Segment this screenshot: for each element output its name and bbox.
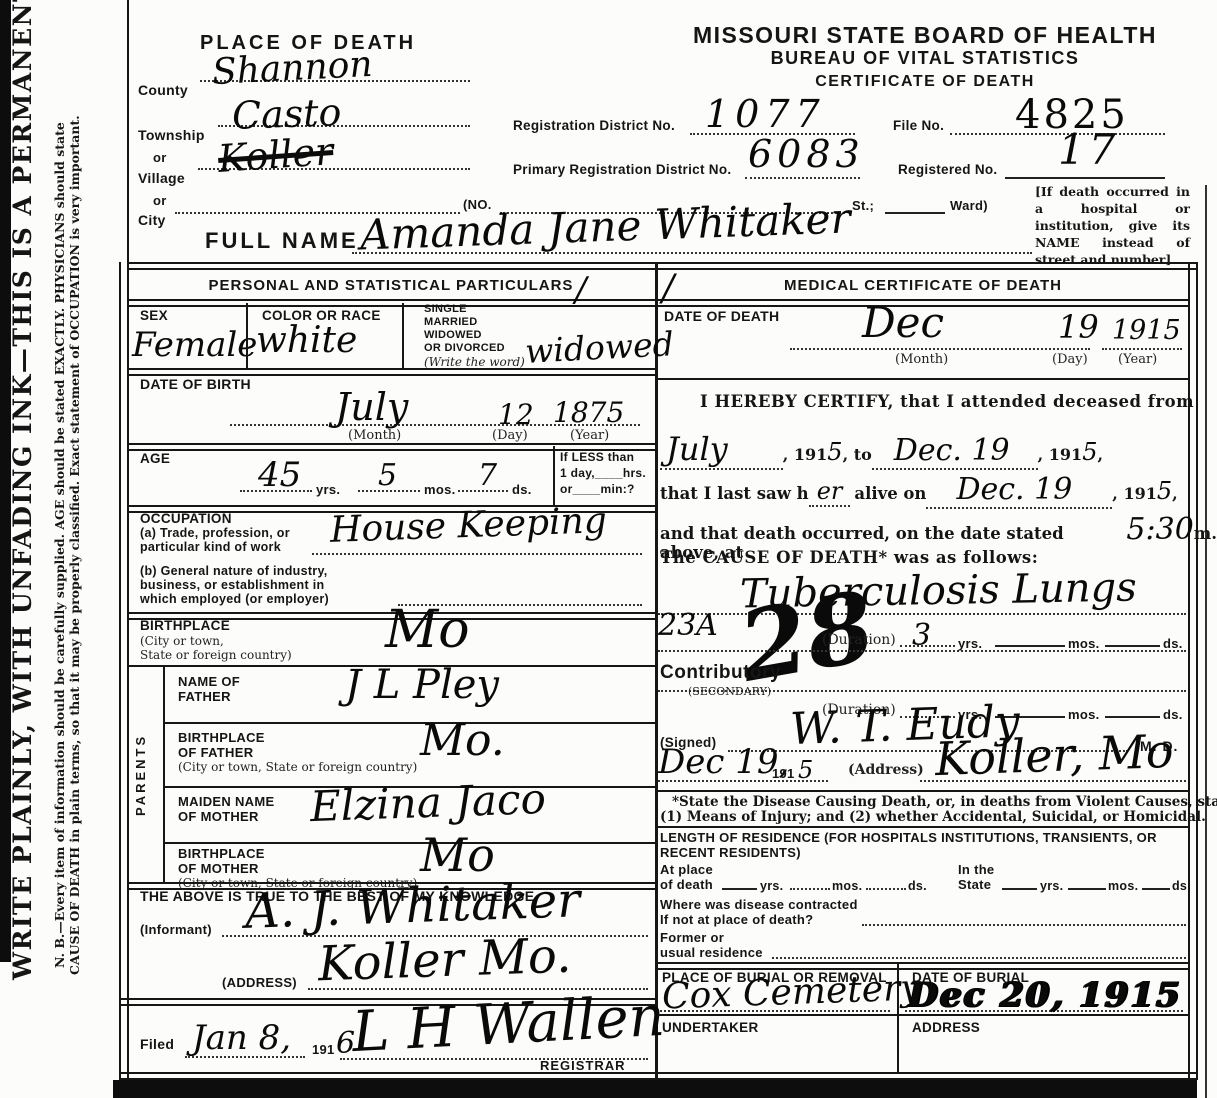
her-hw: er: [809, 477, 851, 507]
father-birthplace-caption: (City or town, State or foreign country): [178, 760, 417, 774]
age-ifless-divider: [553, 446, 555, 506]
dod-day-caption: (Day): [1052, 352, 1088, 367]
death-certificate-scan: WRITE PLAINLY, WITH UNFADING INK—THIS IS…: [0, 0, 1217, 1098]
occupation-b-line2: business, or establishment in: [140, 578, 324, 592]
year-printed-3: , 191: [1112, 484, 1157, 503]
mother-birthplace-label1: BIRTHPLACE: [178, 846, 265, 861]
residence-bottom-rule: [658, 962, 1188, 970]
age-days-value: 7: [478, 458, 497, 493]
informant-address-label: (ADDRESS): [222, 975, 297, 990]
duration1-label: (Duration): [822, 632, 896, 648]
age-days-unit: ds.: [512, 482, 532, 497]
file-no-label: File No.: [893, 118, 944, 133]
registered-no-line: [1005, 177, 1165, 179]
comma-1: ,: [1097, 445, 1103, 464]
informant-address-value: Koller Mo.: [317, 928, 572, 993]
registrar-label: REGISTRAR: [540, 1058, 626, 1073]
cause-code-small: 23A: [658, 608, 718, 643]
former-line: [772, 957, 1186, 959]
margin-note-line1: N. B.—Every item of information should b…: [52, 20, 67, 1070]
ward-label: Ward): [950, 198, 988, 213]
m-label: m.: [1194, 524, 1217, 543]
age-years-unit: yrs.: [316, 482, 340, 497]
race-value: white: [256, 320, 357, 361]
stray-checkmark: /: [575, 270, 586, 310]
duration1-mos-line: [995, 645, 1065, 647]
mother-birthplace-label2: OF MOTHER: [178, 861, 259, 876]
age-label: AGE: [140, 451, 170, 466]
in-state-label2: State: [958, 877, 991, 892]
atplace-mos-unit: mos.: [832, 879, 862, 893]
duration2-ds-line: [1105, 716, 1160, 718]
year-hw-1: 5: [827, 438, 842, 466]
margin-warning-text: WRITE PLAINLY, WITH UNFADING INK—THIS IS…: [8, 100, 37, 980]
birthplace-value: Mo: [385, 600, 470, 660]
informant-label: (Informant): [140, 922, 212, 937]
dod-month-value: Dec: [862, 298, 944, 347]
if-less-line1: If LESS than: [560, 450, 634, 464]
certify-line1: I HEREBY CERTIFY, that I attended deceas…: [700, 392, 1194, 411]
instate-ds-unit: ds.: [1172, 879, 1191, 893]
instate-ds-line: [1142, 888, 1170, 890]
father-name-rule: [163, 722, 655, 724]
father-birthplace-label2: OF FATHER: [178, 745, 253, 760]
dod-year-value: 1915: [1112, 315, 1181, 346]
parents-inner-divider: [163, 665, 165, 882]
dod-line: [790, 348, 1090, 350]
dob-year-value: 1875: [553, 396, 624, 429]
village-label: Village: [138, 170, 185, 186]
county-label: County: [138, 82, 188, 98]
primary-reg-label: Primary Registration District No.: [513, 162, 731, 177]
certificate-title: CERTIFICATE OF DEATH: [660, 73, 1190, 91]
dod-year-caption: (Year): [1118, 352, 1157, 367]
residence-title-line2: RECENT RESIDENTS): [660, 845, 801, 860]
board-title: MISSOURI STATE BOARD OF HEALTH: [660, 22, 1190, 49]
cause-of-death-label: The CAUSE OF DEATH* was as follows:: [660, 548, 1038, 567]
primary-reg-value: 6083: [748, 132, 865, 176]
margin-note: N. B.—Every item of information should b…: [52, 20, 82, 1070]
registered-no-value: 17: [1058, 125, 1119, 174]
burial-date-value: Dec 20, 1915: [908, 975, 1181, 1015]
occupation-a-line2: particular kind of work: [140, 540, 281, 554]
bureau-title: BUREAU OF VITAL STATISTICS: [660, 48, 1190, 69]
father-name-label1: NAME OF: [178, 674, 240, 689]
street-label: St.;: [852, 198, 874, 213]
undertaker-label: UNDERTAKER: [662, 1020, 759, 1035]
footnote-bottom-rule: [658, 826, 1188, 828]
duration1-ds-unit: ds.: [1163, 636, 1183, 651]
occupation-a-value: House Keeping: [329, 500, 607, 551]
year-printed-1: , 191: [783, 445, 828, 464]
contracted-line: [862, 924, 1186, 926]
at-place-label1: At place: [660, 862, 713, 877]
father-name-label2: FATHER: [178, 689, 231, 704]
year-printed-2: , 191: [1038, 445, 1083, 464]
father-name-value: J L Pley: [345, 662, 499, 708]
birthplace-caption1: (City or town,: [140, 634, 224, 648]
medical-title: MEDICAL CERTIFICATE OF DEATH: [658, 277, 1188, 294]
secondary-caption: (SECONDARY): [688, 685, 771, 698]
instate-yrs-unit: yrs.: [1040, 879, 1063, 893]
hospital-note: [If death occurred in a hospital or inst…: [1035, 183, 1190, 268]
year-hw-3: 5: [1157, 477, 1172, 505]
address2-value: Koller, Mo: [934, 724, 1174, 786]
age-years-line: [240, 490, 312, 492]
duration2-mos-unit: mos.: [1068, 707, 1100, 722]
sex-race-divider: [246, 303, 248, 368]
signed-year-printed: 191: [772, 766, 795, 781]
center-divider: [655, 262, 658, 1078]
death-time-value: 5:30: [1126, 512, 1193, 547]
atplace-yrs-unit: yrs.: [760, 879, 783, 893]
last-seen-value: Dec. 19: [926, 472, 1112, 509]
if-less-line3: or____min:?: [560, 482, 635, 496]
to-date-value: Dec. 19: [872, 433, 1038, 470]
dod-label: DATE OF DEATH: [664, 308, 779, 324]
marital-label-2: MARRIED: [424, 316, 477, 328]
margin-note-line2: CAUSE OF DEATH in plain terms, so that i…: [67, 20, 82, 1070]
dod-rule: [658, 378, 1188, 380]
comma-2: ,: [1172, 484, 1178, 503]
race-marital-divider: [402, 303, 404, 368]
certify-line2: July , 191 5 , to Dec. 19 , 191 5 ,: [660, 430, 1103, 470]
attended-from-value: July: [660, 430, 783, 470]
contracted-label1: Where was disease contracted: [660, 897, 858, 912]
at-place-label2: of death: [660, 877, 713, 892]
duration1-ds-line: [1105, 645, 1160, 647]
marital-write-word-caption: (Write the word): [424, 355, 525, 369]
full-name-label: FULL NAME: [205, 228, 359, 254]
duration1-yrs-value: 3: [912, 618, 931, 653]
or-label-2: or: [153, 193, 167, 208]
birthplace-caption2: State or foreign country): [140, 648, 292, 662]
mother-name-value: Elzina Jaco: [309, 774, 546, 831]
address2-label: (Address): [848, 762, 924, 778]
atplace-ds-line: [866, 888, 906, 890]
county-value: Shannon: [211, 44, 373, 93]
occupation-label: OCCUPATION: [140, 511, 232, 526]
age-years-value: 45: [258, 455, 301, 495]
dob-month-caption: (Month): [348, 428, 401, 443]
instate-yrs-line: [1002, 888, 1037, 890]
mother-birthplace-value: Mo: [420, 828, 495, 882]
township-label: Township: [138, 127, 205, 143]
father-birthplace-value: Mo.: [420, 715, 505, 766]
stray-mark-medical: /: [662, 268, 674, 309]
form-left-border: [127, 0, 129, 1078]
marital-label-1: SINGLE: [424, 303, 467, 315]
footnote-top-rule: [658, 790, 1188, 792]
dob-day-caption: (Day): [492, 428, 528, 443]
contributory-label: Contributory: [660, 662, 781, 684]
registrar-signature: L H Wallen: [351, 984, 667, 1065]
atplace-ds-unit: ds.: [908, 879, 927, 893]
filed-date-value: Jan 8,: [192, 1018, 291, 1058]
primary-reg-line: [745, 177, 860, 179]
dod-month-caption: (Month): [895, 352, 948, 367]
burial-row-rule: [658, 1014, 1188, 1016]
age-months-line: [358, 490, 420, 492]
birthplace-label: BIRTHPLACE: [140, 618, 230, 633]
father-birthplace-label1: BIRTHPLACE: [178, 730, 265, 745]
form-bottom-rule: [119, 1072, 1198, 1080]
scan-bottom-bar: [113, 1080, 1197, 1098]
occupation-b-line3: which employed (or employer): [140, 592, 329, 606]
signed-date-value: Dec 19,: [658, 742, 789, 782]
scan-right-edge: [1205, 185, 1207, 1098]
registered-no-label: Registered No.: [898, 162, 997, 177]
age-days-line: [458, 490, 508, 492]
full-name-value: Amanda Jane Whitaker: [359, 193, 851, 259]
if-less-line2: 1 day,____hrs.: [560, 466, 646, 480]
dob-label: DATE OF BIRTH: [140, 376, 251, 392]
residence-title-line1: LENGTH OF RESIDENCE (FOR HOSPITALS INSTI…: [660, 830, 1157, 845]
year-hw-2: 5: [1082, 438, 1097, 466]
sex-value: Female: [132, 325, 257, 365]
contracted-label2: If not at place of death?: [660, 912, 813, 927]
instate-mos-unit: mos.: [1108, 879, 1138, 893]
instate-mos-line: [1068, 888, 1106, 890]
form-left-border-outer: [119, 262, 121, 1078]
age-months-unit: mos.: [424, 482, 456, 497]
undertaker-address-label: ADDRESS: [912, 1020, 980, 1035]
filed-year-printed: 191: [312, 1042, 335, 1057]
duration1-yrs-unit: yrs.: [958, 636, 982, 651]
marital-value: widowed: [524, 324, 675, 371]
dob-day-value: 12: [498, 398, 534, 431]
dob-year-caption: (Year): [570, 428, 609, 443]
occupation-b-line1: (b) General nature of industry,: [140, 564, 328, 578]
mother-name-label1: MAIDEN NAME: [178, 794, 274, 809]
dod-year-line: [1102, 348, 1182, 350]
marital-label-3: WIDOWED: [424, 329, 482, 341]
dob-month-value: July: [335, 385, 408, 429]
age-months-value: 5: [378, 458, 397, 493]
reg-district-value: 1077: [705, 92, 826, 136]
mother-name-rule: [163, 842, 655, 844]
certify-line3: that I last saw h er alive on Dec. 19 , …: [660, 472, 1178, 509]
occupation-a-line1: (a) Trade, profession, or: [140, 526, 290, 540]
dod-day-value: 19: [1058, 308, 1099, 346]
footnote-line2: (1) Means of Injury; and (2) whether Acc…: [660, 809, 1206, 825]
in-state-label1: In the: [958, 862, 994, 877]
to-label: , to: [843, 445, 872, 464]
form-right-border-outer: [1196, 262, 1198, 1078]
marital-label-4: OR DIVORCED: [424, 342, 505, 354]
duration1-yrs-line: [900, 645, 955, 647]
mother-name-label2: OF MOTHER: [178, 809, 259, 824]
occupation-a-line: [312, 553, 642, 555]
village-value: Koller: [217, 129, 335, 181]
duration1-mos-unit: mos.: [1068, 636, 1100, 651]
or-label-1: or: [153, 150, 167, 165]
form-right-border: [1188, 262, 1190, 1078]
former-label1: Former or: [660, 930, 724, 945]
sex-row-rule: [127, 368, 655, 376]
former-label2: usual residence: [660, 945, 763, 960]
city-label: City: [138, 212, 166, 228]
sex-label: SEX: [140, 308, 168, 323]
atplace-mos-line: [790, 888, 830, 890]
parents-vertical-label: PARENTS: [133, 690, 148, 860]
signed-date-line: [658, 780, 828, 782]
certify-2a-text: that I last saw h: [660, 484, 809, 503]
atplace-yrs-line: [722, 888, 757, 890]
ward-line: [885, 212, 945, 214]
footnote-line1: *State the Disease Causing Death, or, in…: [672, 794, 1217, 810]
certify-2b-text: alive on: [850, 484, 926, 503]
duration2-ds-unit: ds.: [1163, 707, 1183, 722]
filed-label: Filed: [140, 1036, 174, 1052]
reg-district-label: Registration District No.: [513, 118, 675, 133]
